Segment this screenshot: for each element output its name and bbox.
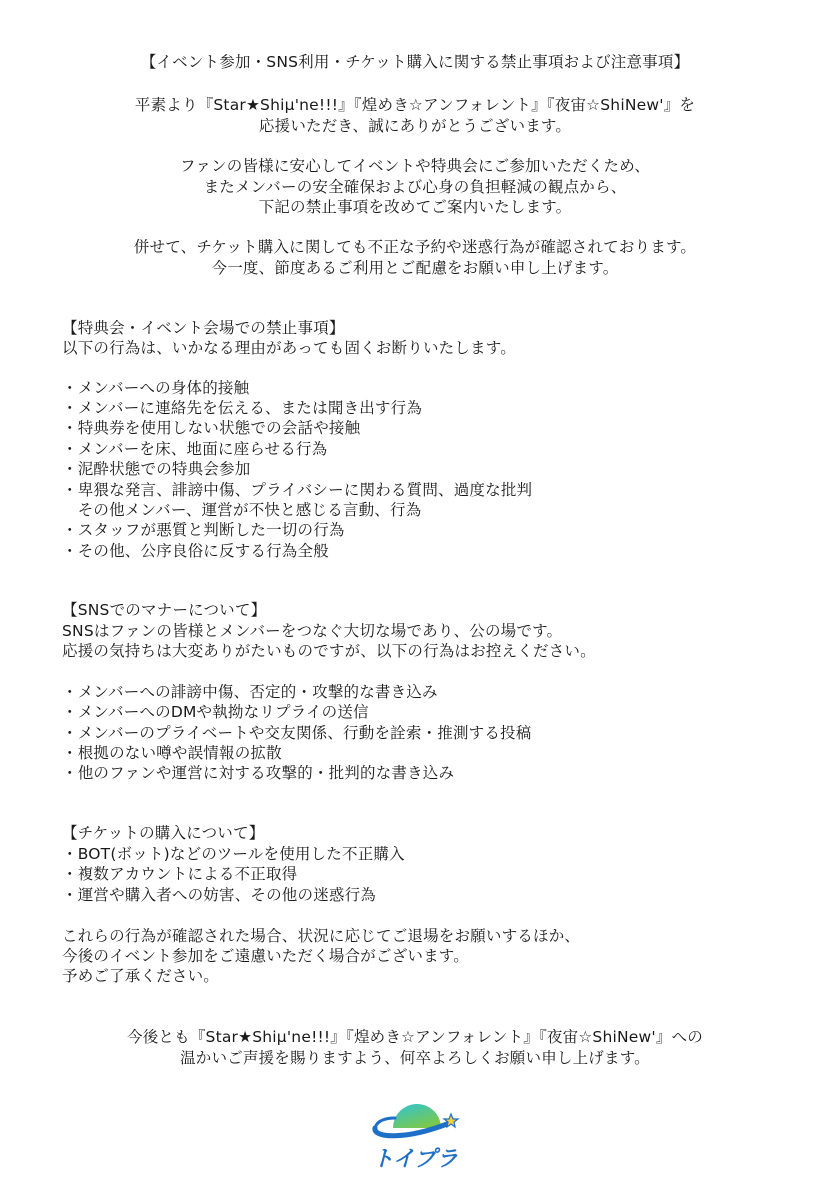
toipura-logo: トイプラ xyxy=(365,1090,465,1170)
intro-greeting-line-1: 平素より『Star★Shiμ'ne!!!』『煌めき☆アンフォレント』『夜宙☆Sh… xyxy=(0,95,830,115)
section-ticket-heading: 【チケットの購入について】 xyxy=(62,823,264,843)
section-sns-lead-2: 応援の気持ちは大変ありがたいものですが、以下の行為はお控えください。 xyxy=(62,641,596,661)
closing-line-1: 今後とも『Star★Shiμ'ne!!!』『煌めき☆アンフォレント』『夜宙☆Sh… xyxy=(0,1027,830,1047)
planet-icon: トイプラ xyxy=(365,1090,465,1170)
list-item: ・BOT(ボット)などのツールを使用した不正購入 xyxy=(62,844,405,864)
intro-greeting-line-2: 応援いただき、誠にありがとうございます。 xyxy=(0,116,830,136)
section-sns-heading: 【SNSでのマナーについて】 xyxy=(62,600,266,620)
list-item: ・メンバーへの身体的接触 xyxy=(62,378,249,398)
closing-line-2: 温かいご声援を賜りますよう、何卒よろしくお願い申し上げます。 xyxy=(0,1048,830,1068)
list-item: ・その他、公序良俗に反する行為全般 xyxy=(62,541,329,561)
list-item: ・スタッフが悪質と判断した一切の行為 xyxy=(62,520,345,540)
consequence-line-1: これらの行為が確認された場合、状況に応じてご退場をお願いするほか、 xyxy=(62,926,580,946)
list-item: ・メンバーへの誹謗中傷、否定的・攻撃的な書き込み xyxy=(62,682,438,702)
document-title: 【イベント参加・SNS利用・チケット購入に関する禁止事項および注意事項】 xyxy=(0,52,830,72)
intro-purpose-line-2: またメンバーの安全確保および心身の負担軽減の観点から、 xyxy=(0,177,830,197)
list-item: ・根拠のない噂や誤情報の拡散 xyxy=(62,743,282,763)
list-item: ・メンバーのプライベートや交友関係、行動を詮索・推測する投稿 xyxy=(62,723,531,743)
list-item: ・運営や購入者への妨害、その他の迷惑行為 xyxy=(62,885,376,905)
consequence-line-2: 今後のイベント参加をご遠慮いただく場合がございます。 xyxy=(62,946,469,966)
intro-purpose-line-1: ファンの皆様に安心してイベントや特典会にご参加いただくため、 xyxy=(0,156,830,176)
intro-ticket-line-2: 今一度、節度あるご利用とご配慮をお願い申し上げます。 xyxy=(0,258,830,278)
list-item: ・卑猥な発言、誹謗中傷、プライバシーに関わる質問、過度な批判 xyxy=(62,480,532,500)
intro-ticket-line-1: 併せて、チケット購入に関しても不正な予約や迷惑行為が確認されております。 xyxy=(0,237,830,257)
section-sns-lead-1: SNSはファンの皆様とメンバーをつなぐ大切な場であり、公の場です。 xyxy=(62,621,562,641)
list-item: ・泥酔状態での特典会参加 xyxy=(62,459,250,479)
section-venue-lead: 以下の行為は、いかなる理由があっても固くお断りいたします。 xyxy=(62,338,516,358)
list-item: ・他のファンや運営に対する攻撃的・批判的な書き込み xyxy=(62,763,454,783)
list-item: その他メンバー、運営が不快と感じる言動、行為 xyxy=(62,500,421,520)
list-item: ・メンバーへのDMや執拗なリプライの送信 xyxy=(62,702,369,722)
list-item: ・特典券を使用しない状態での会話や接触 xyxy=(62,418,360,438)
consequence-line-3: 予めご了承ください。 xyxy=(62,966,219,986)
section-venue-heading: 【特典会・イベント会場での禁止事項】 xyxy=(62,318,345,338)
svg-text:トイプラ: トイプラ xyxy=(372,1147,458,1170)
list-item: ・複数アカウントによる不正取得 xyxy=(62,864,297,884)
intro-purpose-line-3: 下記の禁止事項を改めてご案内いたします。 xyxy=(0,197,830,217)
list-item: ・メンバーを床、地面に座らせる行為 xyxy=(62,439,327,459)
list-item: ・メンバーに連絡先を伝える、または聞き出す行為 xyxy=(62,398,422,418)
